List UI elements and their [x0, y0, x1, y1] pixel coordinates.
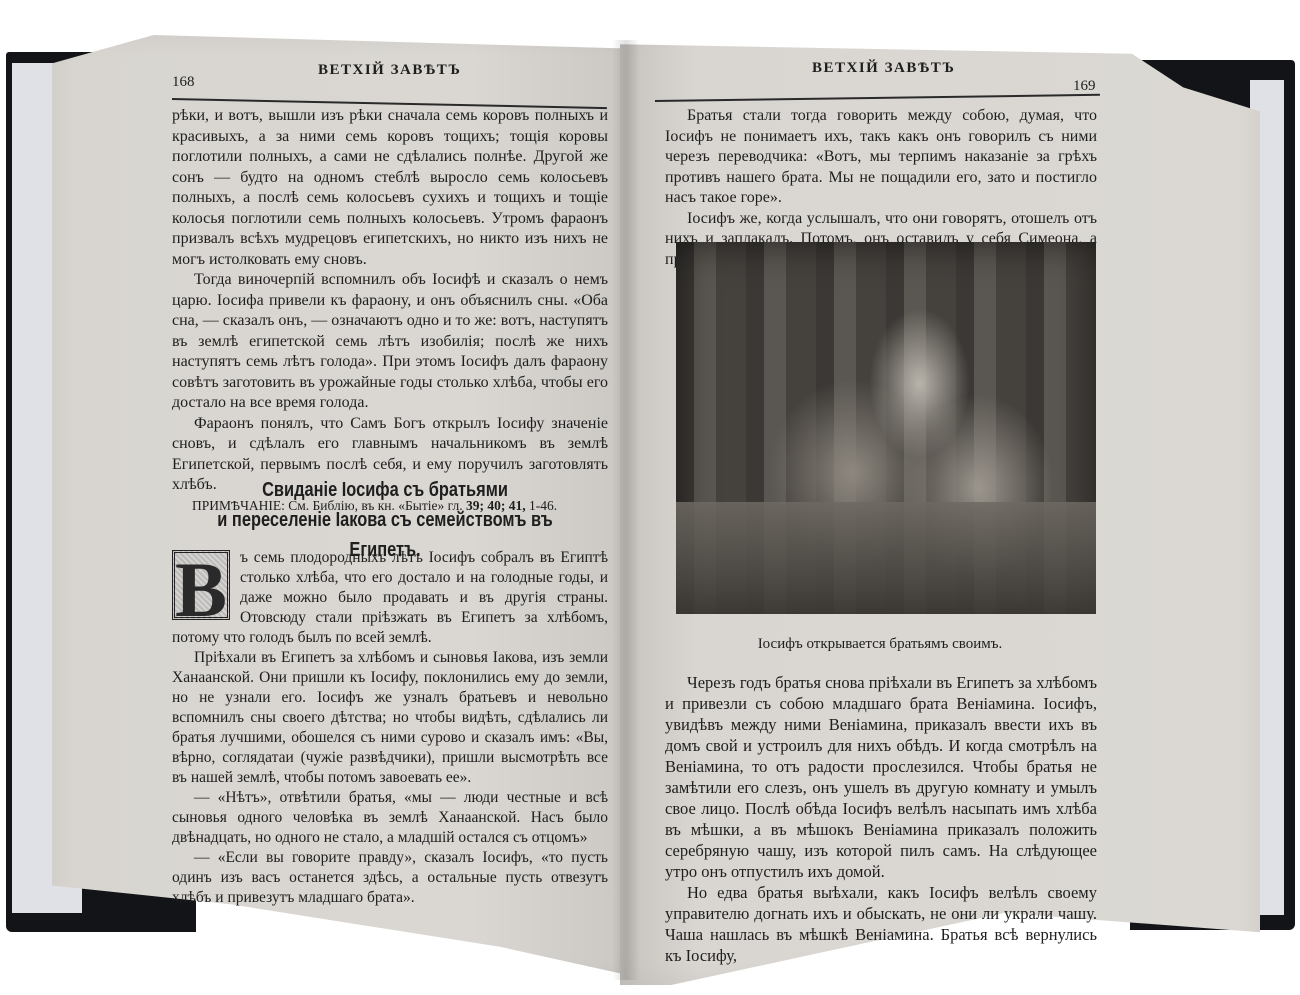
page-number-right: 169	[1073, 78, 1096, 95]
paragraph: — «Если вы говорите правду», сказалъ Іос…	[172, 848, 608, 908]
paragraph: Пріѣхали въ Египетъ за хлѣбомъ и сыновья…	[172, 648, 608, 788]
paragraph: Черезъ годъ братья снова пріѣхали въ Еги…	[665, 672, 1097, 882]
illustration-caption: Іосифъ открывается братьямъ своимъ.	[660, 636, 1100, 653]
chapter-text: В ъ семь плодородныхъ лѣтъ Іосифъ собрал…	[172, 548, 608, 908]
paragraph: ъ семь плодородныхъ лѣтъ Іосифъ собралъ …	[172, 548, 608, 648]
running-head-left: ВЕТХІЙ ЗАВѢТЪ	[318, 62, 461, 79]
book-gutter	[612, 40, 640, 980]
running-head-right: ВЕТХІЙ ЗАВѢТЪ	[812, 60, 955, 77]
engraving-illustration	[676, 242, 1096, 614]
drop-cap: В	[172, 550, 230, 620]
paragraph: Братья стали тогда говорить между собою,…	[665, 106, 1097, 209]
page-number-left: 168	[172, 74, 195, 91]
paragraph: рѣки, и вотъ, вышли изъ рѣки сначала сем…	[172, 106, 608, 270]
paragraph: Тогда виночерпій вспомнилъ объ Іосифѣ и …	[172, 270, 608, 414]
paragraph: Но едва братья выѣхали, какъ Іосифъ велѣ…	[665, 882, 1097, 966]
right-page-text-bottom: Черезъ годъ братья снова пріѣхали въ Еги…	[665, 672, 1097, 966]
left-page-text: рѣки, и вотъ, вышли изъ рѣки сначала сем…	[172, 106, 608, 516]
paragraph: — «Нѣтъ», отвѣтили братья, «мы — люди че…	[172, 788, 608, 848]
